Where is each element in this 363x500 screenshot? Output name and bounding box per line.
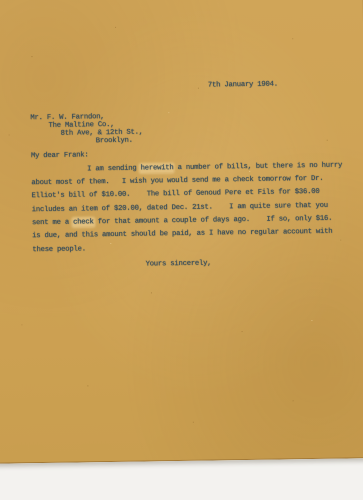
body-line-5: sent me a check for that amount a couple…	[32, 215, 332, 228]
salutation: My dear Frank:	[31, 151, 89, 161]
body-line-5-text: sent me a	[32, 219, 73, 228]
body-line-1-erasure-word: herewith	[141, 164, 174, 172]
date-line: 7th January 1904.	[208, 81, 278, 91]
body-line-1-rest: a number of bills, but there is no hurry	[173, 162, 342, 173]
body-line-1-text: I am sending	[87, 165, 141, 174]
body-line-4: includes an item of $20.00, dated Dec. 2…	[32, 202, 328, 215]
recipient-city: Brooklyn.	[96, 137, 133, 147]
body-line-3: Elliot's bill of $10.00. The bill of Gen…	[31, 188, 319, 201]
body-line-5-erasure-word: check	[73, 218, 94, 226]
body-line-1: I am sending herewith a number of bills,…	[87, 162, 342, 175]
closing-line: Yours sincerely,	[146, 260, 212, 270]
body-line-6: is due, and this amount should be paid, …	[32, 228, 332, 241]
photo-background: 7th January 1904. Mr. F. W. Farndon, The…	[0, 0, 363, 500]
body-line-5-rest: for that amount a couple of days ago. If…	[94, 215, 333, 227]
letter-paper: 7th January 1904. Mr. F. W. Farndon, The…	[0, 0, 363, 464]
body-line-2: about most of them. I wish you would sen…	[31, 175, 323, 188]
body-line-7: these people.	[32, 245, 86, 255]
